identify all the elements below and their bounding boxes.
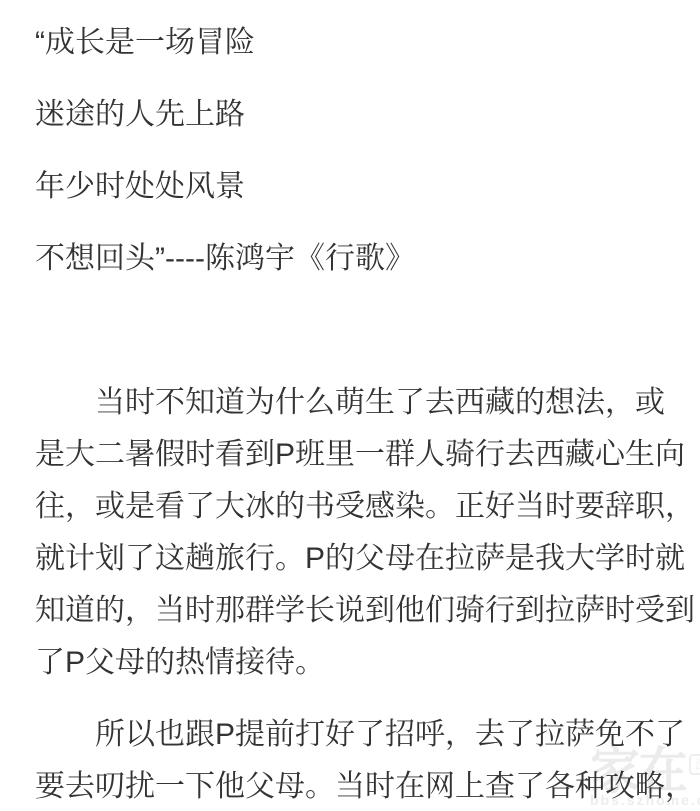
paragraph-1: 当时不知道为什么萌生了去西藏的想法，或 是大二暑假时看到P班里一群人骑行去西藏心… [35,377,660,689]
quote-line-3: 年少时处处风景 [35,161,660,213]
blank-line [35,305,660,357]
paragraph-2: 所以也跟P提前打好了招呼，去了拉萨免不了 要去叨扰一下他父母。当时在网上查了各种… [35,709,660,811]
quote-block-line: 年少时处处风景 [35,161,660,213]
quote-block-line: 迷途的人先上路 [35,89,660,141]
text-line: 是大二暑假时看到P班里一群人骑行去西藏心生向 [35,429,660,481]
quote-line-2: 迷途的人先上路 [35,89,660,141]
text-line: 要去叨扰一下他父母。当时在网上查了各种攻略， [35,761,660,811]
text-line: 当时不知道为什么萌生了去西藏的想法，或 [35,377,660,429]
article-body: “成长是一场冒险 迷途的人先上路 年少时处处风景 不想回头”----陈鸿宇《行歌… [0,0,700,811]
quote-block-line: 不想回头”----陈鸿宇《行歌》 [35,233,660,285]
quote-block-line: “成长是一场冒险 [35,17,660,69]
quote-line-4-attribution: 不想回头”----陈鸿宇《行歌》 [35,233,660,285]
text-line: 了P父母的热情接待。 [35,637,660,689]
text-line: 就计划了这趟旅行。P的父母在拉萨是我大学时就 [35,533,660,585]
text-line: 所以也跟P提前打好了招呼，去了拉萨免不了 [35,709,660,761]
text-line: 往，或是看了大冰的书受感染。正好当时要辞职， [35,481,660,533]
quote-line-1: “成长是一场冒险 [35,17,660,69]
text-line: 知道的，当时那群学长说到他们骑行到拉萨时受到 [35,585,660,637]
